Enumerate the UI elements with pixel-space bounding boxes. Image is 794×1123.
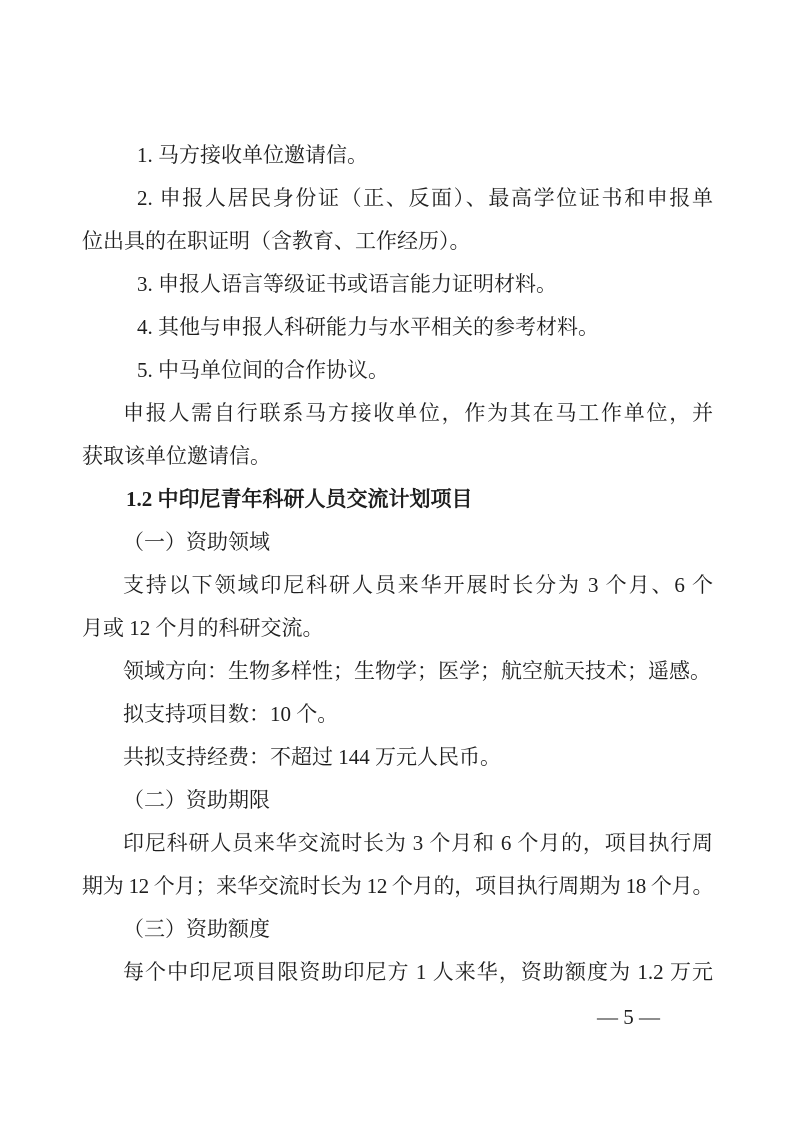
list-item-2: 2. 申报人居民身份证（正、反面）、最高学位证书和申报单 bbox=[82, 177, 713, 220]
subheading-funding-field: （一）资助领域 bbox=[82, 521, 713, 564]
document-body: 1. 马方接收单位邀请信。 2. 申报人居民身份证（正、反面）、最高学位证书和申… bbox=[82, 134, 713, 994]
list-item-4: 4. 其他与申报人科研能力与水平相关的参考材料。 bbox=[82, 306, 713, 349]
paragraph-field-directions: 领域方向：生物多样性；生物学；医学；航空航天技术；遥感。 bbox=[82, 650, 713, 693]
page-number: — 5 — bbox=[597, 1005, 660, 1029]
paragraph-funding-period: 印尼科研人员来华交流时长为 3 个月和 6 个月的，项目执行周 bbox=[82, 822, 713, 865]
paragraph-support-scope: 支持以下领域印尼科研人员来华开展时长分为 3 个月、6 个 bbox=[82, 564, 713, 607]
list-item-2-continuation: 位出具的在职证明（含教育、工作经历）。 bbox=[82, 220, 713, 263]
list-item-1: 1. 马方接收单位邀请信。 bbox=[82, 134, 713, 177]
subheading-funding-amount: （三）资助额度 bbox=[82, 908, 713, 951]
paragraph-contact: 申报人需自行联系马方接收单位，作为其在马工作单位，并 bbox=[82, 392, 713, 435]
paragraph-support-scope-continuation: 月或 12 个月的科研交流。 bbox=[82, 607, 713, 650]
section-heading-1-2: 1.2 中印尼青年科研人员交流计划项目 bbox=[82, 478, 713, 521]
paragraph-contact-continuation: 获取该单位邀请信。 bbox=[82, 435, 713, 478]
list-item-5: 5. 中马单位间的合作协议。 bbox=[82, 349, 713, 392]
list-item-3: 3. 申报人语言等级证书或语言能力证明材料。 bbox=[82, 263, 713, 306]
paragraph-funding-amount: 每个中印尼项目限资助印尼方 1 人来华，资助额度为 1.2 万元 bbox=[82, 951, 713, 994]
document-page: 1. 马方接收单位邀请信。 2. 申报人居民身份证（正、反面）、最高学位证书和申… bbox=[0, 0, 794, 1123]
paragraph-funding-period-continuation: 期为 12 个月；来华交流时长为 12 个月的，项目执行周期为 18 个月。 bbox=[82, 865, 713, 908]
subheading-funding-period: （二）资助期限 bbox=[82, 779, 713, 822]
paragraph-total-funding: 共拟支持经费：不超过 144 万元人民币。 bbox=[82, 736, 713, 779]
paragraph-project-count: 拟支持项目数：10 个。 bbox=[82, 693, 713, 736]
